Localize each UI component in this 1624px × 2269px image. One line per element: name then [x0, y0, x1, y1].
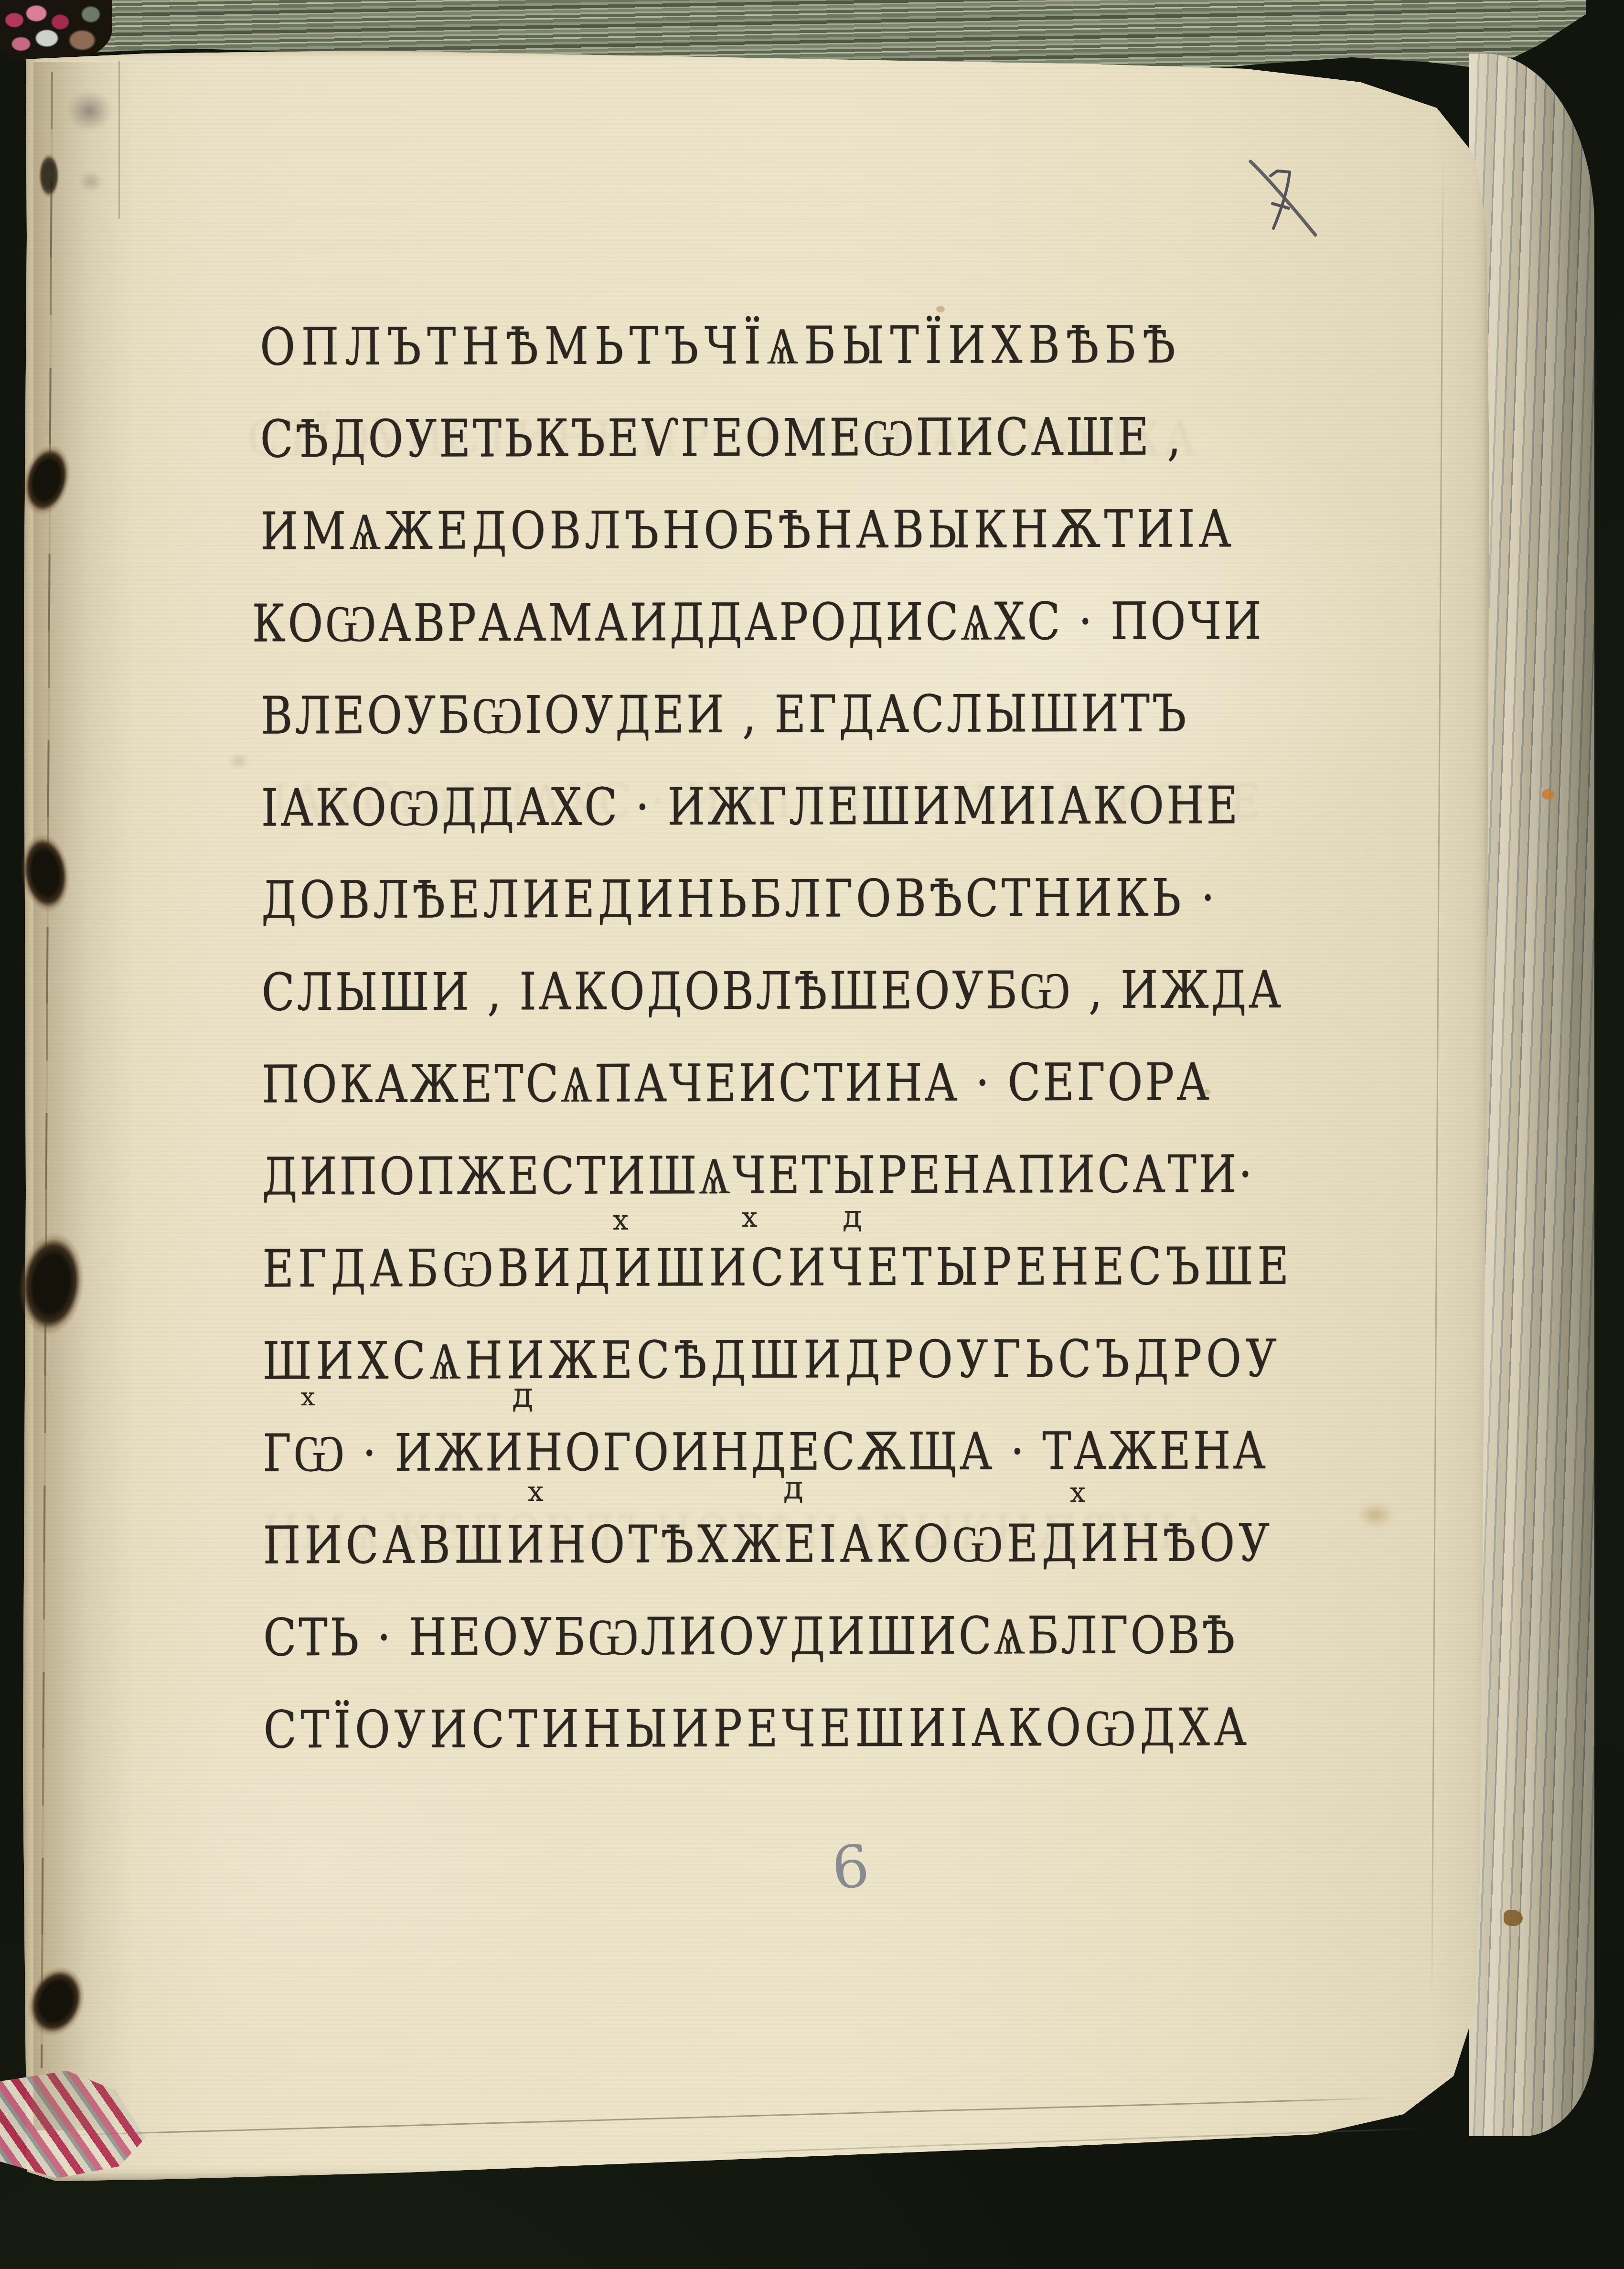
ink-smudge-stain	[224, 750, 253, 772]
gutter-shadow	[33, 62, 134, 2130]
foxing-spot	[936, 306, 945, 312]
manuscript-line: ВЛЕОУБѠІОУДЕИ , ЕГДАСЛЫШИТЪ	[261, 671, 1417, 766]
foxing-spot	[1542, 789, 1554, 800]
manuscript-line: ІАКОѠДДАХС · ИЖГЛЕШИМИІАКОНЕ	[261, 763, 1417, 858]
superscript-letter: х	[301, 1383, 315, 1412]
superscript-letter: д	[512, 1375, 533, 1415]
foxing-spot	[1204, 1089, 1210, 1095]
superscript-letter: х	[528, 1475, 544, 1508]
manuscript-line: СТЇОУИСТИНЫИРЕЧЕШИІАКОѠДХА	[264, 1685, 1420, 1780]
yellow-stain	[1352, 1498, 1400, 1532]
superscript-letter: д	[783, 1469, 803, 1507]
superscript-letter: х	[742, 1201, 758, 1233]
superscript-letter: х	[1070, 1476, 1086, 1509]
manuscript-line: КОѠАВРААМАИДДАРОДИСѦХС · ПОЧИ	[252, 579, 1416, 674]
page-number: 6	[829, 1832, 872, 1903]
endband-top	[0, 0, 112, 64]
superscript-letter: д	[843, 1198, 862, 1235]
pencil-folio-mark-icon	[1248, 158, 1319, 244]
manuscript-line: СѢДОУЕТЬКЪЕѴГЕОМЕѠПИСАШЕ ,	[260, 395, 1416, 490]
manuscript-page: ОПЛЪТНѢМЬТЪЧЇѦБЫТЇИХВѢБѢ СѢДОУЕТЬКЪЕѴГЕО…	[23, 46, 1492, 2181]
manuscript-line: ПИСАВШИНОТѢХЖЕІАКОѠЕДИНѢОУ	[263, 1501, 1419, 1596]
ink-smudge-stain	[74, 167, 107, 196]
foxing-spot	[1504, 1910, 1523, 1926]
manuscript-photo: ОПЛЪТНѢМЬТЪЧЇѦБЫТЇИХВѢБѢ СѢДОУЕТЬКЪЕѴГЕО…	[0, 0, 1624, 2269]
manuscript-line: СЛЫШИ , ІАКОДОВЛѢШЕОУБѠ , ИЖДА	[261, 948, 1417, 1043]
manuscript-line: ОПЛЪТНѢМЬТЪЧЇѦБЫТЇИХВѢБѢ	[260, 302, 1416, 397]
ink-smudge-stain	[67, 91, 112, 131]
text-block: ОПЛЪТНѢМЬТЪЧЇѦБЫТЇИХВѢБѢ СѢДОУЕТЬКЪЕѴГЕО…	[260, 302, 1420, 1780]
superscript-letter: х	[613, 1204, 629, 1236]
gutter-crease	[118, 61, 120, 219]
